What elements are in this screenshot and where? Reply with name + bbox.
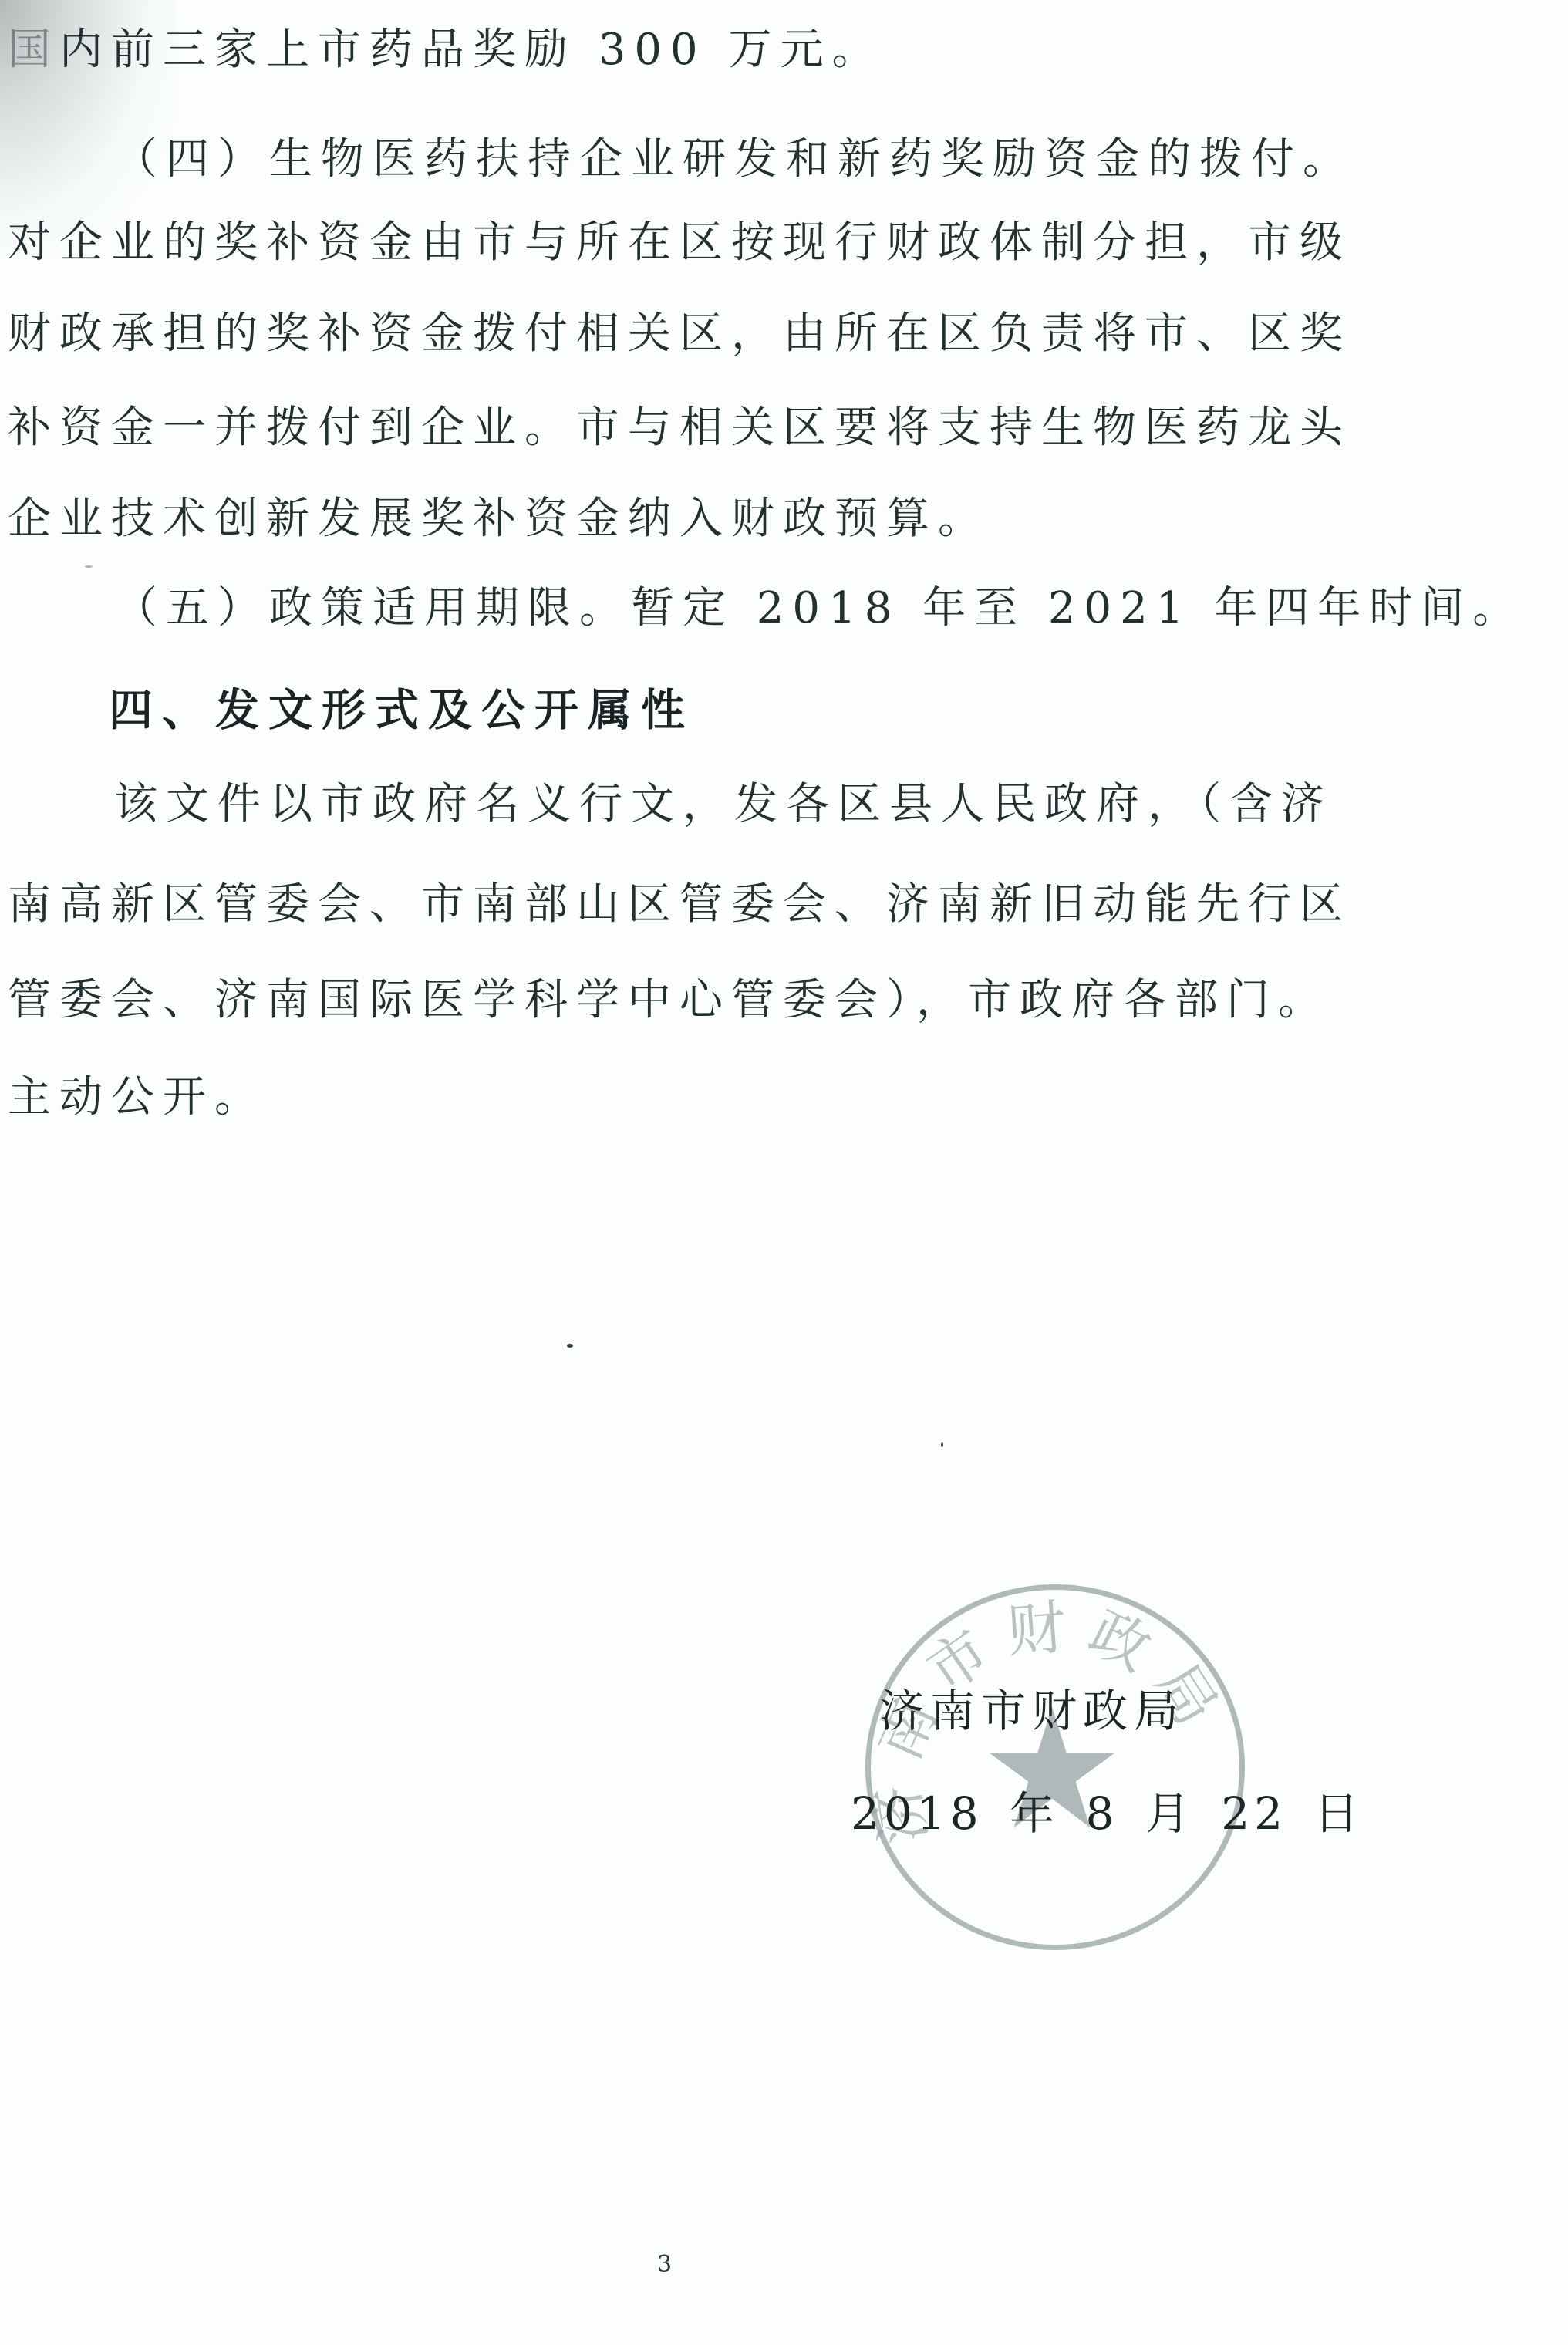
body-line-6: 企业技术创新发展奖补资金纳入财政预算。	[8, 492, 990, 546]
document-page: 国内前三家上市药品奖励 300 万元。 （四）生物医药扶持企业研发和新药奖励资金…	[0, 0, 1568, 2345]
section-line-3: 管委会、济南国际医学科学中心管委会），市政府各部门。	[8, 973, 1330, 1027]
cut-off-char: 国	[8, 25, 59, 75]
scan-speck	[941, 1442, 943, 1447]
scan-speck	[567, 1344, 573, 1348]
official-stamp: 济南市财政局	[865, 1584, 1245, 1950]
page-number: 3	[657, 2251, 672, 2279]
section-line-2: 南高新区管委会、市南部山区管委会、济南新旧动能先行区	[8, 878, 1351, 932]
body-line-3: 对企业的奖补资金由市与所在区按现行财政体制分担，市级	[8, 216, 1351, 270]
body-line-4: 财政承担的奖补资金拨付相关区，由所在区负责将市、区奖	[8, 307, 1351, 361]
body-line-2: （四）生物医药扶持企业研发和新药奖励资金的拨付。	[114, 133, 1354, 187]
section-heading: 四、发文形式及公开属性	[109, 683, 694, 737]
scan-speck	[85, 565, 93, 568]
issue-date: 2018 年 8 月 22 日	[851, 1788, 1364, 1839]
section-line-4: 主动公开。	[8, 1071, 266, 1125]
body-line-text: 内前三家上市药品奖励 300 万元。	[59, 25, 884, 75]
section-line-1: 该文件以市政府名义行文，发各区县人民政府，（含济	[114, 778, 1333, 832]
body-line-7: （五）政策适用期限。暂定 2018 年至 2021 年四年时间。	[114, 582, 1524, 636]
body-line-5: 补资金一并拨付到企业。市与相关区要将支持生物医药龙头	[8, 401, 1351, 455]
issuer-name: 济南市财政局	[879, 1685, 1185, 1736]
body-line-1: 国内前三家上市药品奖励 300 万元。	[8, 23, 884, 77]
